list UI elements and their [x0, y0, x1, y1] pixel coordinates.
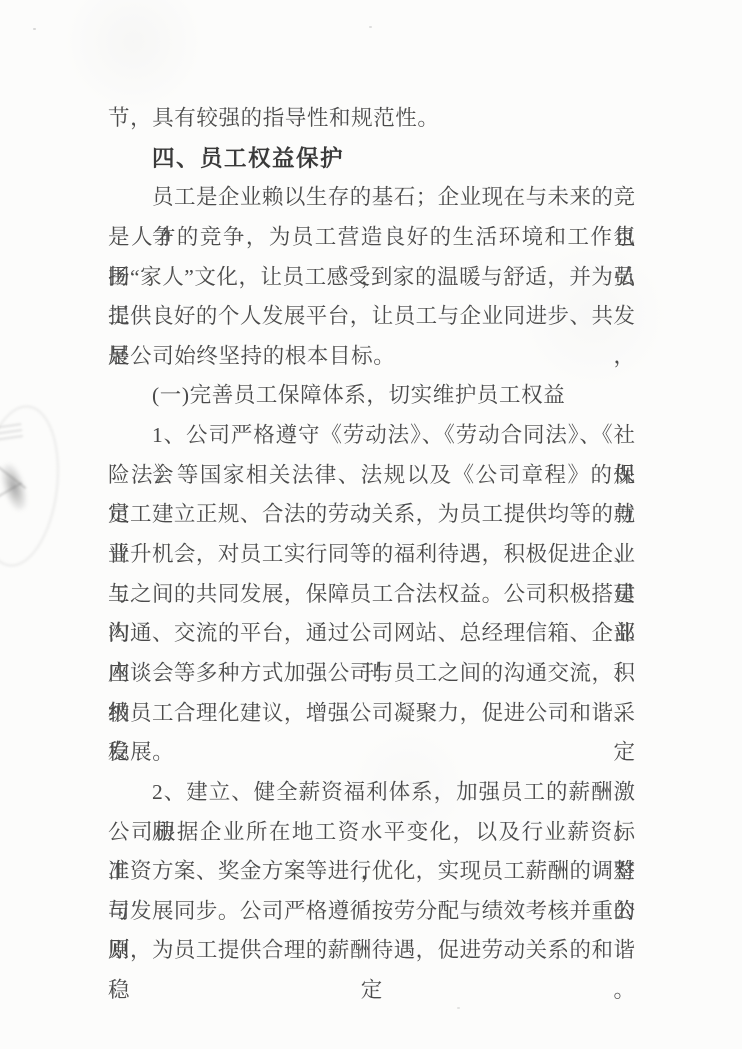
- scan-speck: [369, 26, 372, 28]
- document-text: 节，具有较强的指导性和规范性。四、员工权益保护员工是企业赖以生存的基石；企业现在…: [108, 99, 635, 971]
- text-line: 公司根据企业所在地工资水平变化，以及行业薪资标准，对: [108, 813, 635, 853]
- text-line: 员工是企业赖以生存的基石；企业现在与未来的竞争也: [108, 178, 635, 218]
- text-line: 2、建立、健全薪资福利体系，加强员工的薪酬激励。: [108, 773, 635, 813]
- text-line: 沟通、交流的平台，通过公司网站、总经理信箱、企业内刊、: [108, 614, 635, 654]
- text-line: 工资方案、奖金方案等进行优化，实现员工薪酬的调整与公: [108, 852, 635, 892]
- text-line: 司发展同步。公司严格遵循按劳分配与绩效考核并重的原: [108, 892, 635, 932]
- scanned-document-page: 节，具有较强的指导性和规范性。四、员工权益保护员工是企业赖以生存的基石；企业现在…: [0, 0, 742, 1049]
- text-line: 扬“家人”文化，让员工感受到家的温暖与舒适，并为员工: [108, 258, 635, 298]
- section-heading: 四、员工权益保护: [108, 139, 635, 179]
- text-line: 员工建立正规、合法的劳动关系，为员工提供均等的就业、: [108, 495, 635, 535]
- subsection-heading: (一)完善员工保障体系，切实维护员工权益: [108, 376, 635, 416]
- text-line: 是人才的竞争，为员工营造良好的生活环境和工作氛围，弘: [108, 218, 635, 258]
- scan-speck: [457, 1007, 460, 1009]
- text-line: 工之间的共同发展，保障员工合法权益。公司积极搭建内部: [108, 575, 635, 615]
- scan-speck: [33, 28, 36, 30]
- text-line: 提供良好的个人发展平台，让员工与企业同进步、共发展，: [108, 297, 635, 337]
- text-line: 座谈会等多种方式加强公司与员工之间的沟通交流，积极采: [108, 654, 635, 694]
- text-line: 纳员工合理化建议，增强公司凝聚力，促进公司和谐、稳定: [108, 694, 635, 734]
- text-line: 1、公司严格遵守《劳动法》、《劳动合同法》、《社会保: [108, 416, 635, 456]
- ink-stamp-smudge: [0, 405, 58, 567]
- text-line: 晋升机会，对员工实行同等的福利待遇，积极促进企业与员: [108, 535, 635, 575]
- scan-speck: [111, 991, 115, 994]
- text-line: 节，具有较强的指导性和规范性。: [108, 99, 635, 139]
- text-line: 则，为员工提供合理的薪酬待遇，促进劳动关系的和谐稳定。: [108, 931, 635, 971]
- text-line: 险法》等国家相关法律、法规以及《公司章程》的规定：与: [108, 456, 635, 496]
